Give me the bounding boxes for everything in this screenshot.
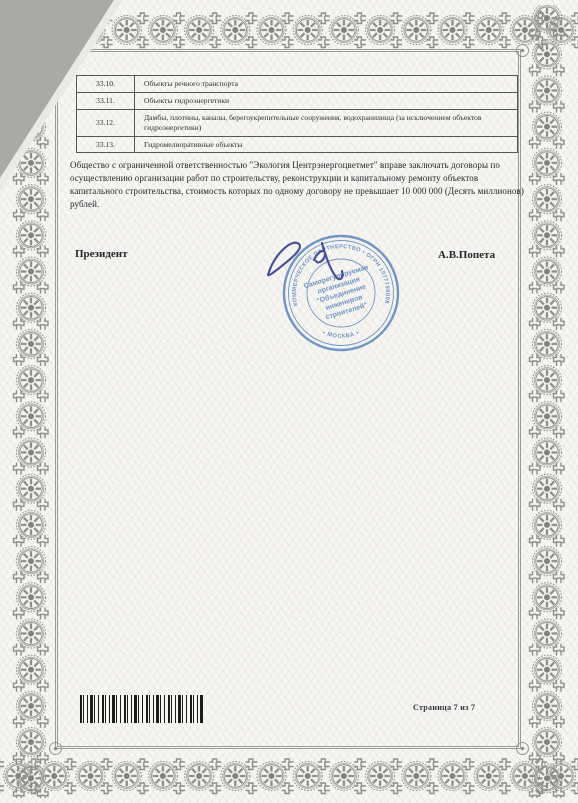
page-number-label: Страница 7 из 7: [413, 703, 475, 712]
barcode: [80, 695, 204, 723]
work-description: Гидромелиоративные объекты: [135, 136, 518, 153]
border-band-right: [522, 5, 572, 798]
certificate-page: 33.10. Объекты речного транспорта 33.11.…: [0, 0, 578, 803]
table-row: 33.10. Объекты речного транспорта: [77, 76, 518, 93]
work-code: 33.10.: [77, 76, 135, 93]
work-description: Объекты гидроэнергетики: [135, 93, 518, 110]
work-code: 33.13.: [77, 136, 135, 153]
signatory-name: А.В.Попета: [438, 249, 495, 261]
svg-text:• МОСКВА •: • МОСКВА •: [322, 330, 361, 340]
work-description: Объекты речного транспорта: [135, 76, 518, 93]
corner-knot-icon: [49, 742, 62, 755]
table-row: 33.12. Дамбы, плотины, каналы, берегоукр…: [77, 109, 518, 136]
works-table: 33.10. Объекты речного транспорта 33.11.…: [76, 75, 518, 153]
stamp-ring-text-bottom: • МОСКВА •: [322, 330, 361, 340]
work-description: Дамбы, плотины, каналы, берегоукрепитель…: [135, 109, 518, 136]
table-row: 33.13. Гидромелиоративные объекты: [77, 136, 518, 153]
work-code: 33.11.: [77, 93, 135, 110]
table-row: 33.11. Объекты гидроэнергетики: [77, 93, 518, 110]
corner-knot-icon: [516, 44, 529, 57]
contract-limit-paragraph: Общество с ограниченной ответственностью…: [70, 159, 528, 211]
inner-rule-frame: [55, 49, 521, 749]
work-code: 33.12.: [77, 109, 135, 136]
signatory-title: Президент: [75, 248, 128, 260]
border-band-bottom: [0, 751, 578, 801]
handwritten-signature: [248, 228, 378, 298]
corner-knot-icon: [516, 742, 529, 755]
